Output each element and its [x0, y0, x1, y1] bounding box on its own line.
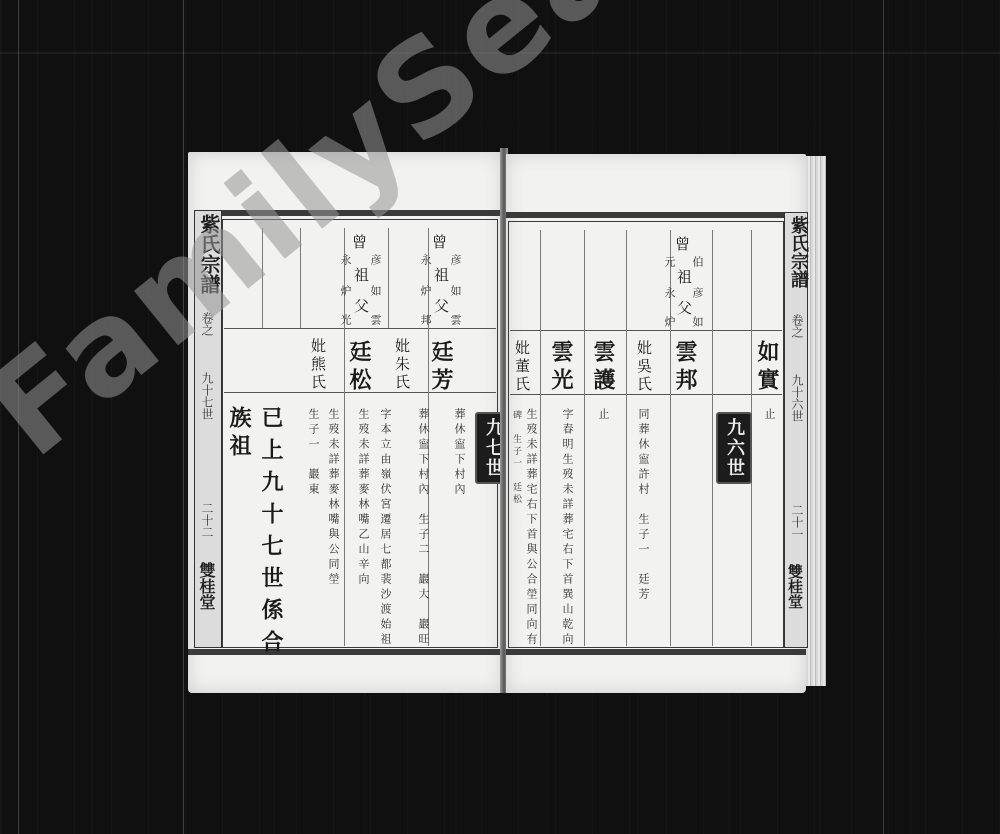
- scan-artifact-line: [18, 0, 19, 834]
- status-note: 止: [598, 408, 609, 423]
- small-char: 永: [420, 254, 431, 269]
- col-divider: [626, 230, 627, 646]
- fu-char: 父: [433, 298, 448, 316]
- bottom-rule: [506, 649, 806, 655]
- row-divider: [510, 330, 782, 331]
- status-note: 止: [764, 408, 775, 423]
- col-divider: [262, 228, 263, 328]
- hall-name: 雙桂堂: [195, 562, 218, 610]
- clan-label: 族祖: [228, 406, 250, 462]
- person-name: 廷芳: [430, 340, 452, 396]
- wife-name: 妣熊氏: [310, 338, 325, 392]
- left-page: 紫氏宗譜 卷之 九十七世 二十二 雙桂堂 曾 彦 永 祖 如 炉 父 雲 邦 曾…: [188, 152, 502, 693]
- note-text: 生子一 巖東: [308, 408, 319, 498]
- col-divider: [584, 230, 585, 646]
- small-char: 彦: [370, 254, 381, 269]
- closing-statement: 已上九十七世係合: [260, 406, 282, 662]
- small-char: 雲: [450, 314, 461, 329]
- person-name: 雲光: [550, 340, 572, 396]
- col-divider: [388, 228, 389, 328]
- small-char: 如: [370, 285, 381, 300]
- zu-char: 祖: [353, 267, 368, 285]
- small-char: 光: [340, 314, 351, 329]
- hall-name: 雙桂堂: [785, 564, 806, 609]
- note-text: 葬休寍下村內: [454, 408, 465, 498]
- page-number: 二十二: [199, 502, 216, 538]
- small-char: 彦: [450, 254, 461, 269]
- note-text: 生歿未詳葬麥林嘴與公同塋: [328, 408, 339, 588]
- generation-badge: 九六世: [716, 412, 752, 484]
- scan-artifact-line: [183, 0, 184, 834]
- small-char: 炉: [664, 316, 675, 331]
- small-char: 永: [340, 254, 351, 269]
- person-name: 雲護: [592, 340, 614, 396]
- volume-label: 卷之: [199, 312, 216, 336]
- small-char: 炉: [420, 285, 431, 300]
- note-text: 生歿未詳葬宅右下首與公合塋同向有: [526, 408, 537, 648]
- zu-char: 祖: [676, 269, 691, 287]
- note-text: 葬休寍下村內 生子二 巖大 巖旺: [418, 408, 429, 648]
- spine-section: 九十六世: [789, 374, 806, 422]
- note-text: 生歿未詳葬麥林嘴乙山辛向: [358, 408, 369, 588]
- col-divider: [540, 230, 541, 646]
- volume-label: 卷之: [789, 314, 806, 338]
- small-char: 彦: [692, 287, 703, 302]
- zu-char: 祖: [433, 267, 448, 285]
- open-book: 紫氏宗譜 卷之 九十七世 二十二 雙桂堂 曾 彦 永 祖 如 炉 父 雲 邦 曾…: [188, 148, 828, 693]
- bottom-rule: [188, 649, 502, 655]
- note-text: 同葬休寍許村 生子一 廷芳: [638, 408, 649, 603]
- zeng-char: 曾: [351, 234, 366, 252]
- small-char: 炉: [340, 285, 351, 300]
- right-page: 紫氏宗譜 卷之 九十六世 二十一 雙桂堂 曾 伯 元 祖 彦 永 父 如 炉 如…: [506, 154, 806, 693]
- zeng-char: 曾: [431, 234, 446, 252]
- col-divider: [300, 228, 301, 328]
- book-title: 紫氏宗譜: [785, 216, 811, 288]
- scan-artifact-line: [0, 52, 1000, 54]
- wife-name: 妣吳氏: [636, 340, 651, 394]
- zeng-char: 曾: [674, 236, 689, 254]
- wife-name: 妣朱氏: [394, 338, 409, 392]
- small-char: 如: [450, 285, 461, 300]
- small-char: 永: [664, 287, 675, 302]
- wife-name: 妣董氏: [514, 340, 529, 394]
- small-char: 邦: [420, 314, 431, 329]
- small-char: 如: [692, 316, 703, 331]
- person-name: 雲邦: [674, 340, 696, 396]
- col-divider: [712, 230, 713, 646]
- person-name: 廷松: [348, 340, 370, 396]
- spine-section: 九十七世: [199, 372, 216, 420]
- small-char: 雲: [370, 314, 381, 329]
- note-text: 字春明生歿未詳葬宅右下首巽山乾向: [562, 408, 573, 648]
- person-name: 如實: [756, 340, 778, 396]
- top-rule: [506, 212, 806, 218]
- small-char: 伯: [692, 256, 703, 271]
- small-char: 元: [664, 256, 675, 271]
- fu-char: 父: [676, 300, 691, 318]
- book-title: 紫氏宗譜: [195, 214, 224, 294]
- page-number: 二十一: [789, 504, 806, 540]
- fu-char: 父: [353, 298, 368, 316]
- scan-artifact-line: [883, 0, 884, 834]
- note-text: 碑 生子一 廷松: [511, 410, 520, 506]
- top-rule: [206, 210, 502, 216]
- note-text: 字本立由嶺伏宮遷居七都裴沙渡始祖: [380, 408, 391, 648]
